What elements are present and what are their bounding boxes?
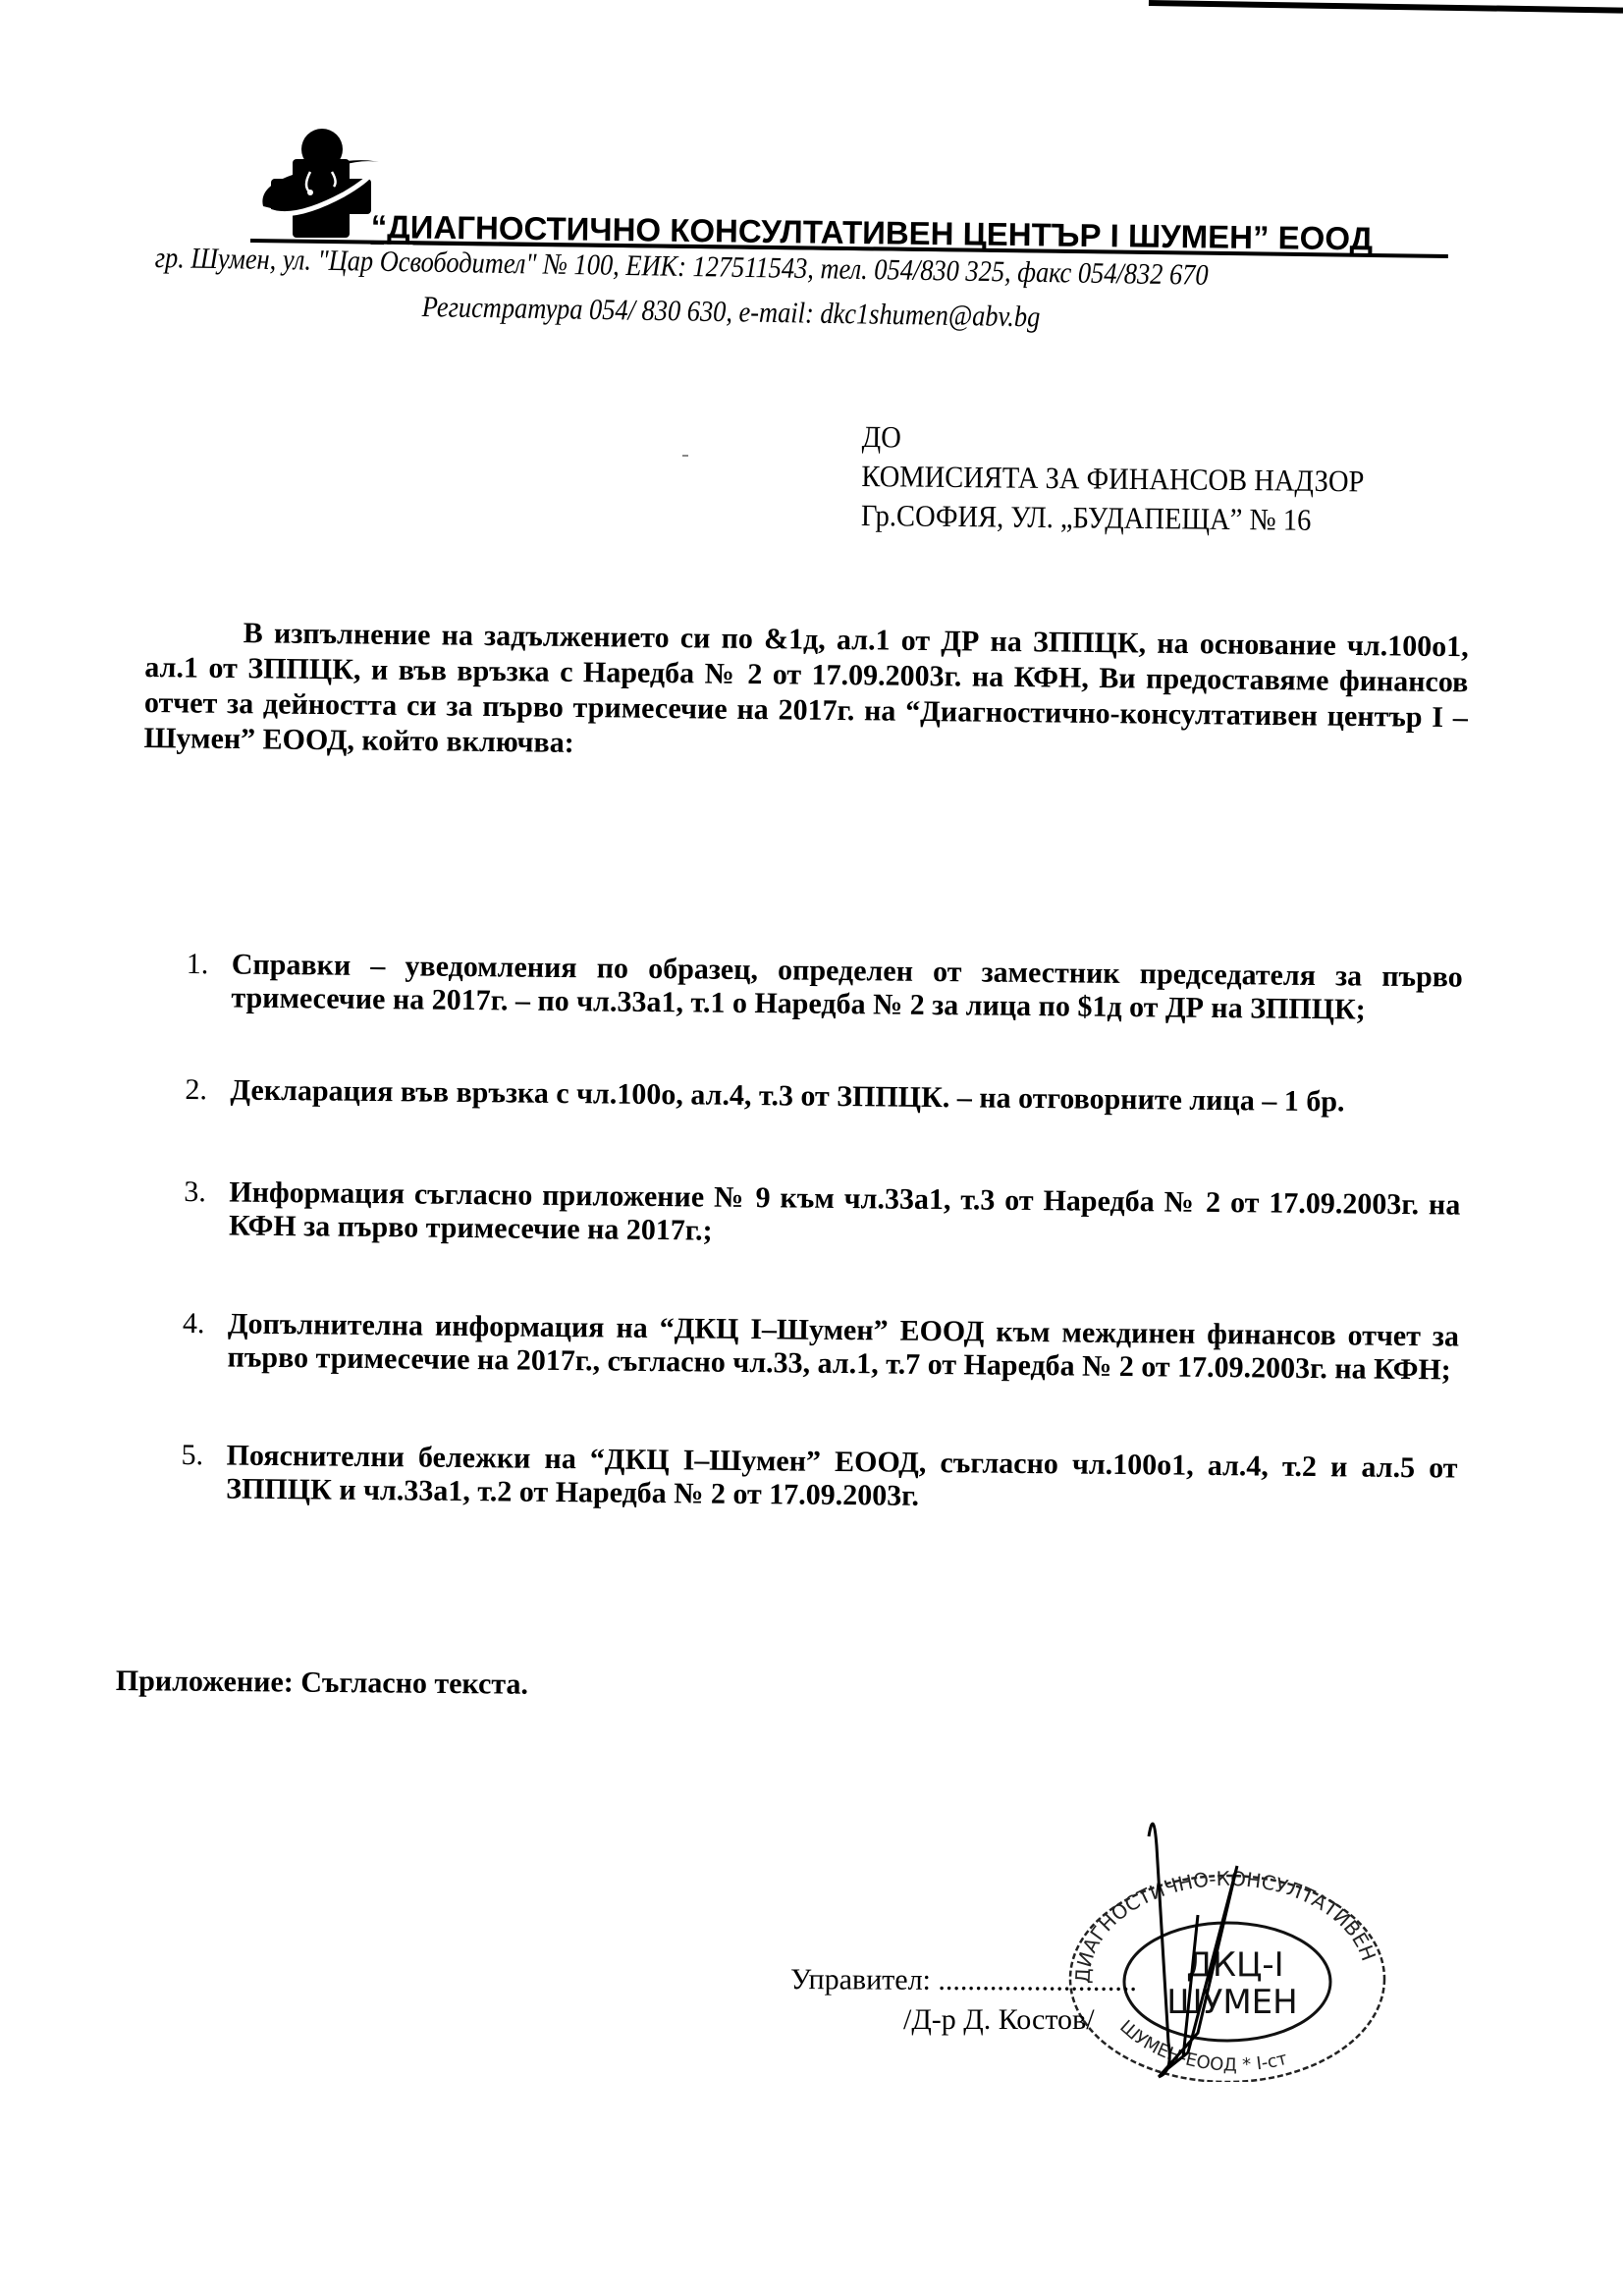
recipient-address: Гр.СОФИЯ, УЛ. „БУДАПЕЩА” № 16	[861, 496, 1364, 540]
recipient-name: КОМИСИЯТА ЗА ФИНАНСОВ НАДЗОР	[861, 457, 1364, 501]
list-item: 1. Справки – уведомления по образец, опр…	[186, 948, 1463, 1028]
list-item-number: 4.	[183, 1307, 205, 1340]
manager-signature-line: Управител: ...........................	[790, 1963, 1137, 1998]
company-registry-contact: Регистратура 054/ 830 630, e-mail: dkc1s…	[421, 291, 1040, 334]
intro-text: В изпълнение на задължението си по &1д, …	[143, 615, 1469, 771]
list-item: 5. Пояснителни бележки на “ДКЦ I–Шумен” …	[181, 1439, 1458, 1519]
list-item: 2. Декларация във връзка с чл.100о, ал.4…	[185, 1073, 1461, 1121]
list-item-text: Декларация във връзка с чл.100о, ал.4, т…	[230, 1073, 1344, 1118]
intro-paragraph: В изпълнение на задължението си по &1д, …	[143, 615, 1469, 771]
list-item-text: Допълнителна информация на “ДКЦ I–Шумен”…	[227, 1307, 1459, 1386]
list-item-number: 3.	[184, 1175, 206, 1209]
list-item-number: 2.	[185, 1073, 207, 1107]
list-item-number: 5.	[181, 1439, 203, 1472]
list-item-text: Пояснителни бележки на “ДКЦ I–Шумен” ЕОО…	[226, 1439, 1458, 1511]
appendix-note: Приложение: Съгласно текста.	[116, 1665, 528, 1702]
list-item-text: Справки – уведомления по образец, опреде…	[231, 948, 1463, 1025]
list-item: 3. Информация съгласно приложение № 9 къ…	[184, 1175, 1461, 1256]
recipient-block: ДО КОМИСИЯТА ЗА ФИНАНСОВ НАДЗОР Гр.СОФИЯ…	[861, 417, 1409, 541]
list-item: 4. Допълнителна информация на “ДКЦ I–Шум…	[182, 1307, 1459, 1388]
scan-speck	[682, 455, 688, 457]
signature-block: Управител: ........................... /…	[790, 1964, 1137, 2037]
recipient-to: ДО	[862, 417, 1365, 462]
handwritten-signature	[1129, 1807, 1267, 2092]
list-item-number: 1.	[187, 948, 209, 981]
scan-edge-line	[1149, 0, 1623, 14]
manager-name: /Д-р Д. Костов/	[903, 2003, 1137, 2037]
list-item-text: Информация съгласно приложение № 9 към ч…	[229, 1175, 1461, 1246]
enclosures-list: 1. Справки – уведомления по образец, опр…	[181, 948, 1463, 1519]
